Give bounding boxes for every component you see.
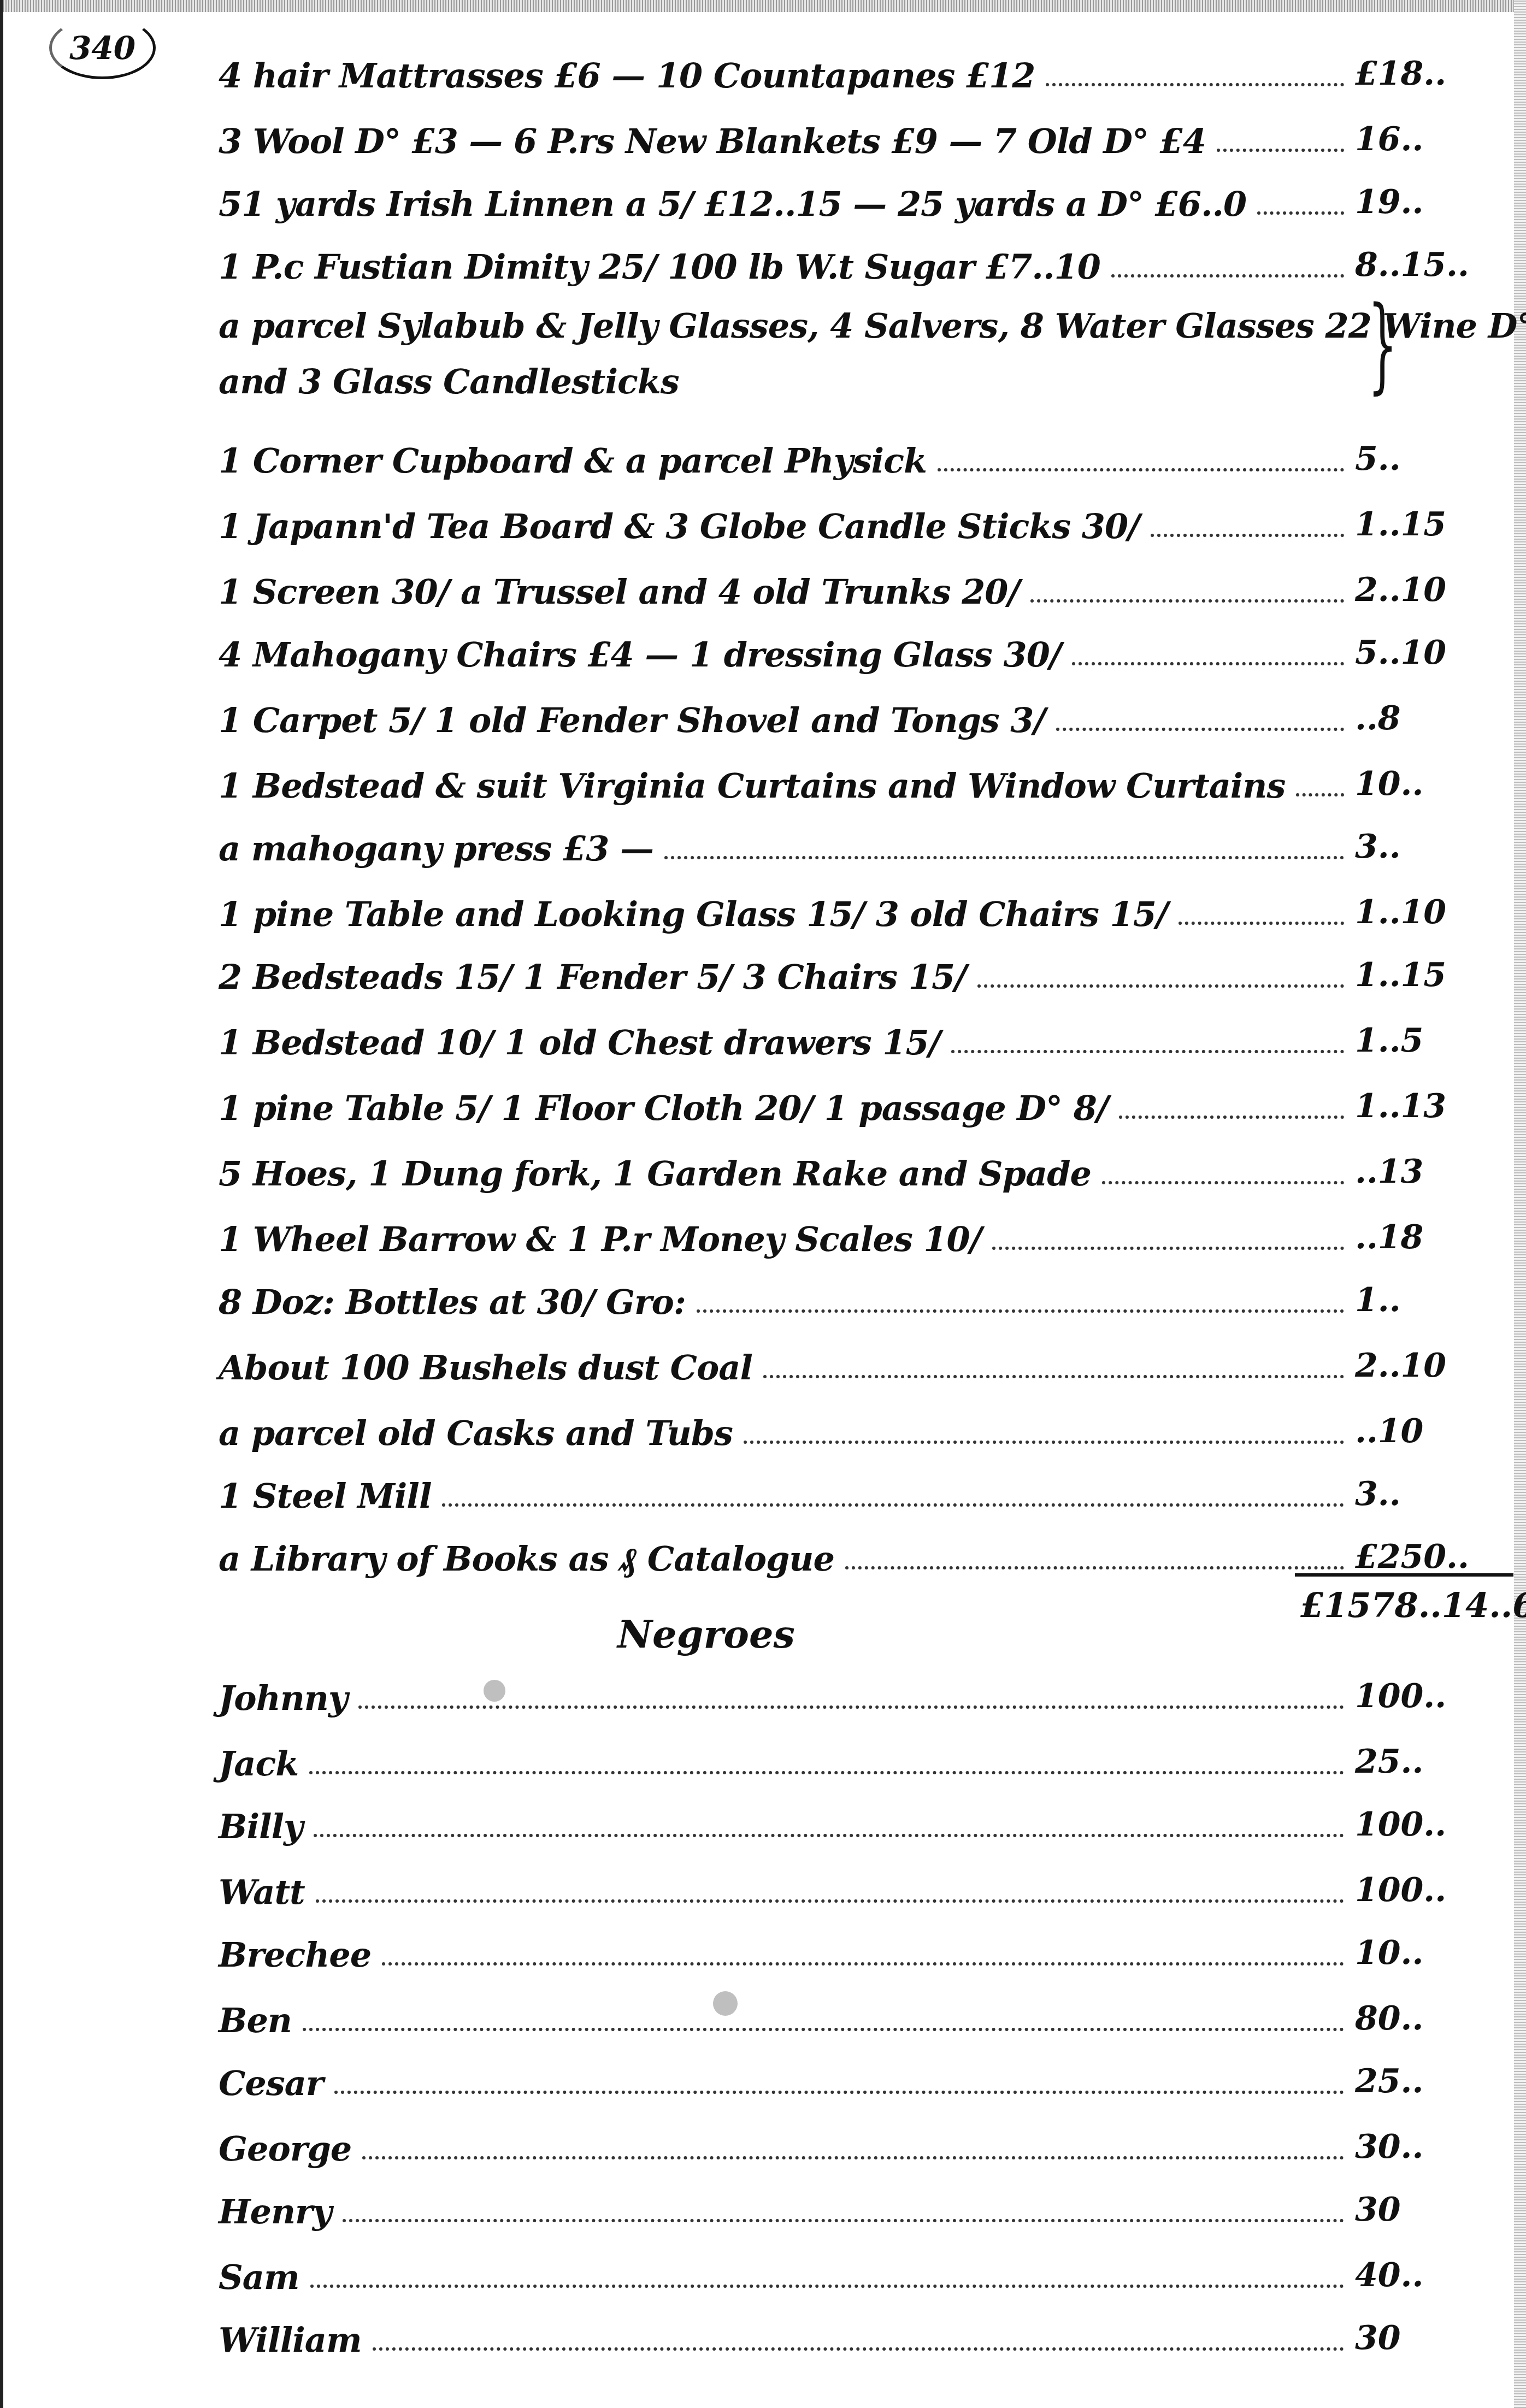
- total-row: £1578..14..6: [1300, 1576, 1519, 1625]
- person-name: Henry: [219, 2195, 332, 2229]
- manuscript-page: 340 4 hair Mattrasses £6 — 10 Countapane…: [0, 0, 1526, 2408]
- inventory-row: 1 Bedstead 10/ 1 old Chest drawers 15/ 1…: [219, 1011, 1513, 1060]
- leader-dots: [1046, 83, 1344, 86]
- leader-dots: [938, 468, 1344, 471]
- leader-dashes: [382, 1962, 1344, 1966]
- inventory-row: 1 Bedstead & suit Virginia Curtains and …: [219, 754, 1513, 803]
- person-amount: 30: [1355, 2319, 1513, 2357]
- item-description: 1 P.c Fustian Dimity 25/ 100 lb W.t Suga…: [219, 250, 1100, 284]
- item-description: 1 Wheel Barrow & 1 P.r Money Scales 10/: [219, 1223, 981, 1256]
- inventory-row: 1 pine Table 5/ 1 Floor Cloth 20/ 1 pass…: [219, 1076, 1513, 1125]
- item-description: 1 pine Table and Looking Glass 15/ 3 old…: [219, 898, 1168, 931]
- leader-dashes: [334, 2091, 1344, 2094]
- item-description: a parcel old Casks and Tubs: [219, 1417, 733, 1450]
- item-amount: ..13: [1355, 1153, 1513, 1191]
- ink-stain: [713, 1991, 738, 2016]
- item-amount: 16..: [1355, 120, 1513, 158]
- leader-dashes: [358, 1705, 1344, 1709]
- item-amount: 1..13: [1355, 1087, 1513, 1125]
- item-amount: 19..: [1355, 183, 1513, 221]
- person-row: Henry 30: [219, 2180, 1513, 2229]
- leader-dashes: [373, 2347, 1344, 2351]
- person-row: Watt 100..: [219, 1860, 1513, 1909]
- leader-dots: [977, 984, 1344, 988]
- item-description-lines: a parcel Sylabub & Jelly Glasses, 4 Salv…: [219, 309, 1526, 399]
- item-description: 1 Bedstead 10/ 1 old Chest drawers 15/: [219, 1026, 940, 1060]
- person-amount: 10..: [1355, 1934, 1513, 1972]
- leader-dots: [1257, 211, 1344, 215]
- leader-dashes: [343, 2219, 1344, 2222]
- person-name: Johnny: [219, 1681, 347, 1715]
- leader-dots: [1056, 728, 1344, 731]
- leader-dots: [845, 1566, 1344, 1569]
- leader-dots: [1030, 599, 1344, 603]
- inventory-row: 8 Doz: Bottles at 30/ Gro: 1..: [219, 1270, 1513, 1319]
- person-row: Billy 100..: [219, 1795, 1513, 1844]
- person-amount: 100..: [1355, 1871, 1513, 1909]
- leader-dots: [1111, 274, 1344, 278]
- item-description: 1 Corner Cupboard & a parcel Physick: [219, 444, 927, 478]
- leader-dots: [992, 1247, 1344, 1250]
- inventory-row: 1 Wheel Barrow & 1 P.r Money Scales 10/ …: [219, 1207, 1513, 1256]
- leader-dots: [951, 1050, 1344, 1053]
- item-amount: 1..10: [1355, 893, 1513, 931]
- person-amount: 30: [1355, 2191, 1513, 2229]
- inventory-row: 4 hair Mattrasses £6 — 10 Countapanes £1…: [219, 44, 1513, 93]
- section-heading: Negroes: [617, 1612, 795, 1657]
- total-amount: £1578..14..6: [1300, 1585, 1519, 1625]
- item-description: 3 Wool D° £3 — 6 P.rs New Blankets £9 — …: [219, 125, 1206, 158]
- leader-dots: [664, 856, 1344, 859]
- inventory-row-multiline: a parcel Sylabub & Jelly Glasses, 4 Salv…: [219, 290, 1513, 399]
- scan-edge-left: [0, 0, 3, 2408]
- item-amount: ..8: [1355, 699, 1513, 737]
- item-amount: £18..: [1355, 55, 1513, 93]
- inventory-row: 1 Carpet 5/ 1 old Fender Shovel and Tong…: [219, 688, 1513, 737]
- item-amount: 2..10: [1355, 1347, 1513, 1385]
- item-amount: 3..: [1355, 1475, 1513, 1513]
- person-row: Johnny 100..: [219, 1666, 1513, 1715]
- leader-dots: [1102, 1181, 1344, 1184]
- leader-dots: [1119, 1116, 1344, 1119]
- item-description: About 100 Bushels dust Coal: [219, 1351, 752, 1385]
- person-name: Ben: [219, 2004, 292, 2038]
- item-description: 1 Carpet 5/ 1 old Fender Shovel and Tong…: [219, 704, 1045, 737]
- leader-dots: [1072, 662, 1344, 665]
- item-description: 1 pine Table 5/ 1 Floor Cloth 20/ 1 pass…: [219, 1091, 1108, 1125]
- inventory-row: a parcel old Casks and Tubs ..10: [219, 1401, 1513, 1450]
- inventory-row: 1 pine Table and Looking Glass 15/ 3 old…: [219, 882, 1513, 931]
- person-row: Cesar 25..: [219, 2051, 1513, 2100]
- item-amount: 1..5: [1355, 1022, 1513, 1060]
- inventory-row: 2 Bedsteads 15/ 1 Fender 5/ 3 Chairs 15/…: [219, 945, 1513, 994]
- item-amount: 2..10: [1355, 571, 1513, 609]
- item-amount: 3..: [1355, 828, 1513, 866]
- item-description-line2: and 3 Glass Candlesticks: [219, 365, 1526, 399]
- person-name: William: [219, 2323, 362, 2357]
- person-amount: 25..: [1355, 2062, 1513, 2100]
- item-amount: 1..15: [1355, 956, 1513, 994]
- item-description: a mahogany press £3 —: [219, 832, 653, 866]
- inventory-row: a mahogany press £3 — 3..: [219, 817, 1513, 866]
- person-amount: 100..: [1355, 1805, 1513, 1844]
- item-description: 1 Screen 30/ a Trussel and 4 old Trunks …: [219, 575, 1020, 609]
- inventory-row: 1 Japann'd Tea Board & 3 Globe Candle St…: [219, 494, 1513, 544]
- person-name: Cesar: [219, 2067, 323, 2100]
- person-name: George: [219, 2132, 351, 2166]
- person-amount: 30..: [1355, 2128, 1513, 2166]
- leader-dots: [1296, 793, 1344, 796]
- leader-dashes: [362, 2156, 1344, 2159]
- item-description: 4 hair Mattrasses £6 — 10 Countapanes £1…: [219, 59, 1035, 93]
- person-amount: 100..: [1355, 1677, 1513, 1715]
- person-row: Jack 25..: [219, 1732, 1513, 1781]
- item-amount: 1..: [1355, 1281, 1513, 1319]
- leader-dots: [442, 1503, 1344, 1507]
- item-description: 1 Bedstead & suit Virginia Curtains and …: [219, 769, 1285, 803]
- inventory-row: a Library of Books as ₰ Catalogue £250..: [219, 1527, 1513, 1576]
- person-amount: 25..: [1355, 1743, 1513, 1781]
- item-description: 5 Hoes, 1 Dung fork, 1 Garden Rake and S…: [219, 1157, 1091, 1191]
- inventory-row: 5 Hoes, 1 Dung fork, 1 Garden Rake and S…: [219, 1142, 1513, 1191]
- inventory-row: 1 Corner Cupboard & a parcel Physick 5..: [219, 429, 1513, 478]
- inventory-row: 4 Mahogany Chairs £4 — 1 dressing Glass …: [219, 623, 1513, 672]
- leader-dots: [697, 1309, 1344, 1313]
- person-name: Sam: [219, 2261, 299, 2294]
- person-row: Ben 80..: [219, 1988, 1513, 2038]
- person-amount: 80..: [1355, 1999, 1513, 2038]
- item-description: 2 Bedsteads 15/ 1 Fender 5/ 3 Chairs 15/: [219, 960, 967, 994]
- person-name: Billy: [219, 1810, 303, 1844]
- leader-dots: [1217, 149, 1344, 152]
- item-description-line1: a parcel Sylabub & Jelly Glasses, 4 Salv…: [219, 309, 1526, 343]
- scan-edge-top: [0, 0, 1526, 12]
- person-row: Sam 40..: [219, 2245, 1513, 2294]
- item-description: 8 Doz: Bottles at 30/ Gro:: [219, 1285, 686, 1319]
- item-amount: 5..10: [1355, 634, 1513, 672]
- inventory-row: 1 Steel Mill 3..: [219, 1464, 1513, 1513]
- item-amount: ..10: [1355, 1412, 1513, 1450]
- person-row: George 30..: [219, 2117, 1513, 2166]
- person-name: Jack: [219, 1747, 298, 1781]
- person-amount: 40..: [1355, 2256, 1513, 2294]
- inventory-row: 3 Wool D° £3 — 6 P.rs New Blankets £9 — …: [219, 109, 1513, 158]
- leader-dots: [763, 1375, 1344, 1378]
- inventory-row: 1 Screen 30/ a Trussel and 4 old Trunks …: [219, 560, 1513, 609]
- item-description: 1 Steel Mill: [219, 1479, 431, 1513]
- person-row: Brechee 10..: [219, 1923, 1513, 1972]
- folio-number: 340: [49, 16, 156, 79]
- item-amount: 10..: [1355, 765, 1513, 803]
- person-row: William 30: [219, 2308, 1513, 2357]
- leader-dots: [744, 1441, 1344, 1444]
- item-amount: 8..15..: [1355, 246, 1513, 284]
- item-amount: 1..15: [1355, 505, 1513, 544]
- item-amount: 5..: [1355, 440, 1513, 478]
- item-description: 4 Mahogany Chairs £4 — 1 dressing Glass …: [219, 638, 1061, 672]
- person-name: Watt: [219, 1875, 305, 1909]
- leader-dashes: [309, 1771, 1344, 1774]
- item-description: a Library of Books as ₰ Catalogue: [219, 1542, 834, 1576]
- brace-symbol: }: [1368, 292, 1397, 396]
- leader-dots: [1179, 922, 1344, 925]
- leader-dashes: [303, 2028, 1344, 2031]
- ink-stain: [484, 1680, 505, 1702]
- item-description: 51 yards Irish Linnen a 5/ £12..15 — 25 …: [219, 187, 1246, 221]
- inventory-row: About 100 Bushels dust Coal 2..10: [219, 1336, 1513, 1385]
- leader-dots: [1151, 534, 1344, 537]
- item-amount: ..18: [1355, 1218, 1513, 1256]
- item-description: 1 Japann'd Tea Board & 3 Globe Candle St…: [219, 510, 1140, 544]
- leader-dashes: [310, 2285, 1344, 2288]
- inventory-row: 1 P.c Fustian Dimity 25/ 100 lb W.t Suga…: [219, 235, 1513, 284]
- person-name: Brechee: [219, 1938, 371, 1972]
- inventory-row: 51 yards Irish Linnen a 5/ £12..15 — 25 …: [219, 172, 1513, 221]
- item-amount: £250..: [1355, 1538, 1513, 1576]
- leader-dashes: [314, 1834, 1344, 1837]
- leader-dashes: [316, 1899, 1344, 1903]
